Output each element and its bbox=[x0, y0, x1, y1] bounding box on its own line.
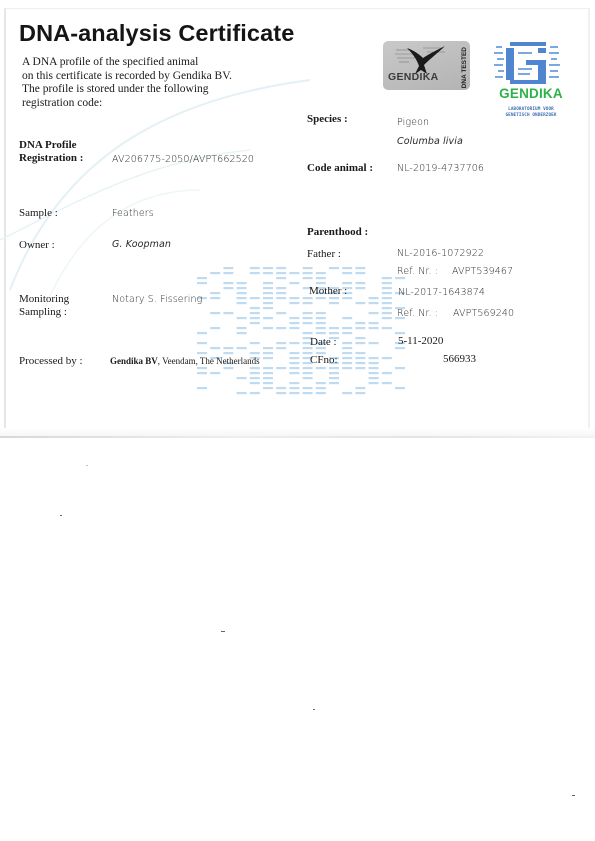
intro-text: A DNA profile of the specified animal on… bbox=[22, 56, 292, 110]
processor-name: Gendika BV bbox=[110, 356, 158, 366]
badge-brand: GENDIKA bbox=[388, 71, 439, 83]
logo-sub-line: GENETISCH ONDERZOEK bbox=[488, 113, 574, 119]
processed-by-label: Processed by : bbox=[19, 355, 83, 368]
mother-ref-label: Ref. Nr. : bbox=[397, 308, 438, 319]
code-animal-label: Code animal : bbox=[307, 162, 373, 175]
father-label: Father : bbox=[307, 248, 341, 261]
certificate-page: DNA-analysis Certificate A DNA profile o… bbox=[0, 0, 595, 841]
mother-label: Mother : bbox=[309, 285, 347, 298]
scan-speck bbox=[221, 631, 225, 632]
date-label: Date : bbox=[310, 336, 337, 349]
gendika-logo-icon bbox=[494, 40, 562, 88]
sample-label: Sample : bbox=[19, 207, 58, 220]
code-animal-value: NL-2019-4737706 bbox=[397, 163, 484, 174]
monitoring-label-line1: Monitoring bbox=[19, 293, 69, 306]
owner-value: G. Koopman bbox=[112, 239, 171, 250]
intro-line: registration code: bbox=[22, 97, 292, 111]
registration-label: DNA Profile Registration : bbox=[19, 139, 83, 165]
scan-edge-line bbox=[0, 436, 595, 438]
page-title: DNA-analysis Certificate bbox=[19, 20, 294, 47]
cfno-value: 566933 bbox=[443, 353, 476, 365]
mother-ref-value: AVPT569240 bbox=[453, 308, 514, 319]
monitoring-label: Monitoring Sampling : bbox=[19, 293, 69, 319]
gendika-logo-subtitle: LABORATORIUM VOOR GENETISCH ONDERZOEK bbox=[488, 107, 574, 118]
date-value: 5-11-2020 bbox=[398, 335, 443, 347]
scan-speck bbox=[86, 465, 88, 466]
registration-label-line1: DNA Profile bbox=[19, 139, 83, 152]
gendika-logo-name: GENDIKA bbox=[494, 86, 568, 101]
father-ref-label: Ref. Nr. : bbox=[397, 266, 438, 277]
intro-line: The profile is stored under the followin… bbox=[22, 83, 292, 97]
species-common: Pigeon bbox=[397, 117, 429, 128]
scan-speck bbox=[572, 795, 575, 796]
processor-location: , Veendam, The Netherlands bbox=[158, 356, 260, 366]
parenthood-label: Parenthood : bbox=[307, 226, 368, 239]
scan-shadow bbox=[0, 428, 595, 436]
owner-label: Owner : bbox=[19, 239, 55, 252]
species-label: Species : bbox=[307, 113, 348, 126]
dna-tested-badge: GENDIKA DNA TESTED bbox=[383, 41, 470, 90]
badge-tested-label: DNA TESTED bbox=[461, 47, 468, 88]
mother-value: NL-2017-1643874 bbox=[398, 287, 485, 298]
registration-label-line2: Registration : bbox=[19, 152, 83, 165]
cfno-label: CFno: bbox=[310, 354, 338, 367]
father-value: NL-2016-1072922 bbox=[397, 248, 484, 259]
intro-line: A DNA profile of the specified animal bbox=[22, 56, 292, 70]
scan-speck bbox=[313, 709, 315, 710]
processed-by-value: Gendika BV, Veendam, The Netherlands bbox=[110, 356, 260, 366]
intro-line: on this certificate is recorded by Gendi… bbox=[22, 70, 292, 84]
species-latin: Columba livia bbox=[397, 136, 463, 147]
registration-value: AV206775-2050/AVPT662520 bbox=[112, 154, 254, 165]
monitoring-label-line2: Sampling : bbox=[19, 306, 69, 319]
sample-value: Feathers bbox=[112, 208, 154, 219]
scan-speck bbox=[60, 515, 62, 516]
father-ref-value: AVPT539467 bbox=[452, 266, 513, 277]
monitoring-value: Notary S. Fissering bbox=[112, 294, 202, 305]
